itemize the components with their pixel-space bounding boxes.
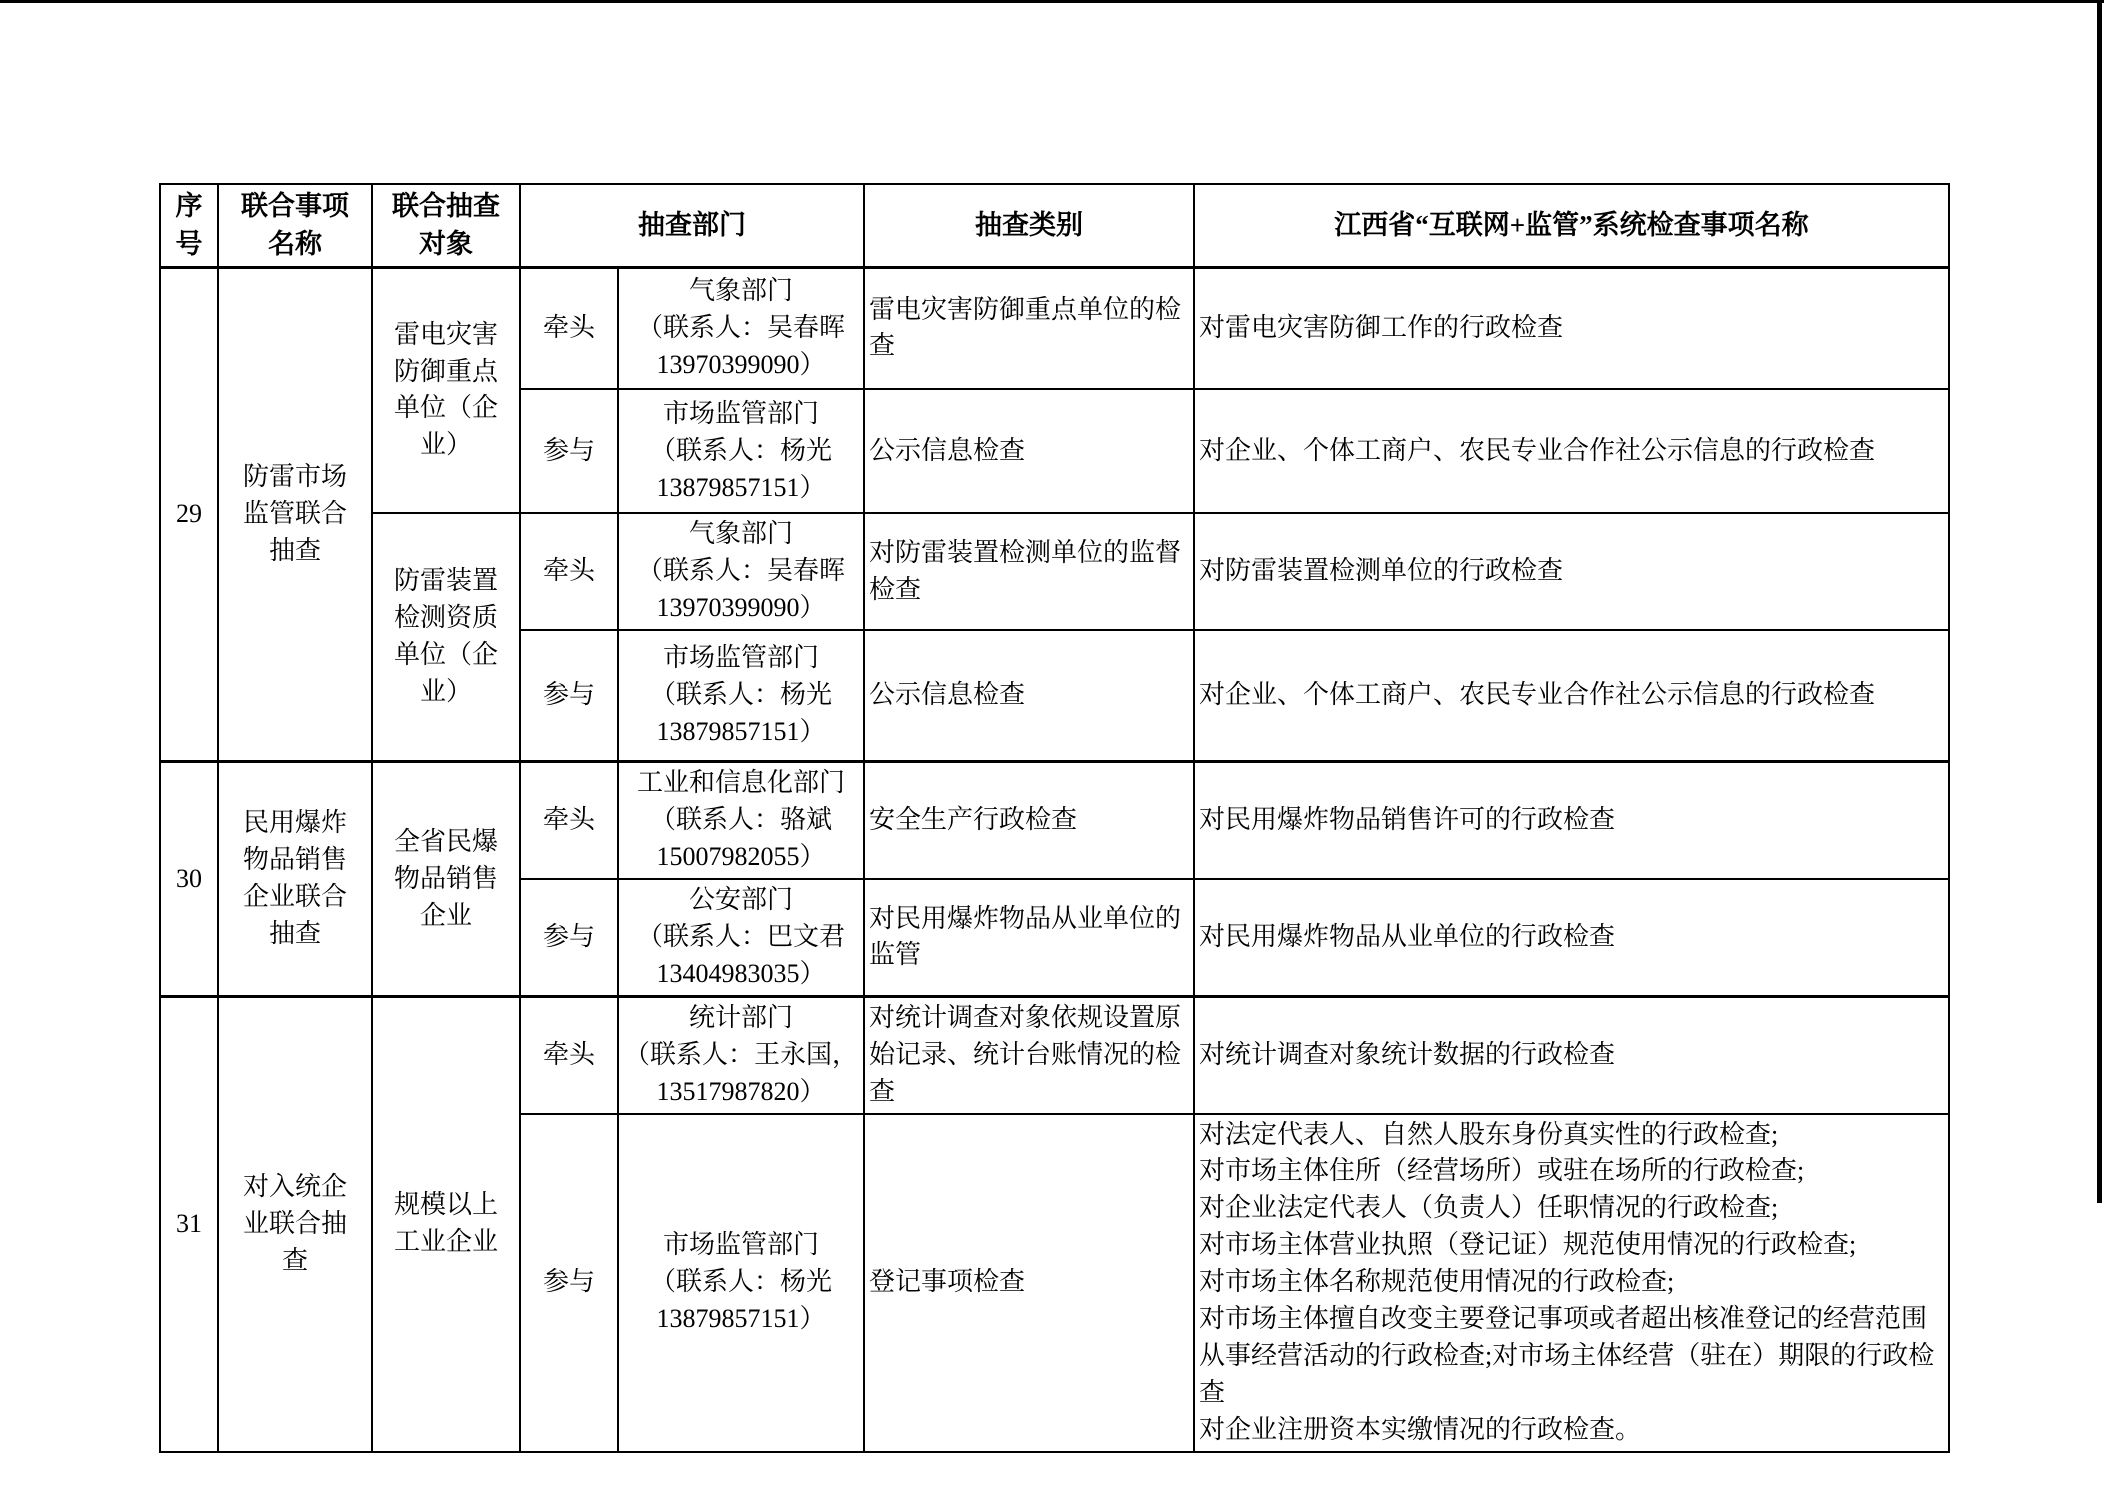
row31-matter-text: 对入统企业联合抽查 (240, 1169, 351, 1280)
row29-entry3-department: 气象部门 （联系人：吴春晖 13970399090） (618, 513, 864, 630)
item-line: 对企业法定代表人（负责人）任职情况的行政检查; (1199, 1190, 1944, 1227)
row29-index: 29 (160, 267, 218, 762)
header-index-label: 序号 (173, 187, 205, 264)
row30-target-1-text: 全省民爆物品销售企业 (391, 824, 502, 935)
department-contact: （联系人：吴春晖 (623, 310, 859, 347)
row31-entry1-department: 统计部门 （联系人：王永国， 13517987820） (618, 996, 864, 1113)
row31-entry1-role: 牵头 (520, 996, 618, 1113)
row30-entry2-category: 对民用爆炸物品从业单位的监管 (864, 879, 1194, 996)
item-line: 对市场主体住所（经营场所）或驻在场所的行政检查; (1199, 1153, 1944, 1190)
department-phone: 13879857151） (623, 714, 859, 751)
row29-entry4-role: 参与 (520, 630, 618, 762)
department-contact: （联系人：骆斌 (623, 802, 859, 839)
row30-matter-text: 民用爆炸物品销售企业联合抽查 (240, 805, 351, 953)
department-phone: 13970399090） (623, 590, 859, 627)
item-line: 对企业注册资本实缴情况的行政检查。 (1199, 1412, 1944, 1449)
row30-matter: 民用爆炸物品销售企业联合抽查 (218, 762, 372, 996)
department-name: 市场监管部门 (623, 1227, 859, 1264)
item-line: 对市场主体名称规范使用情况的行政检查; (1199, 1264, 1944, 1301)
department-phone: 13879857151） (623, 470, 859, 507)
department-name: 工业和信息化部门 (623, 765, 859, 802)
row29-entry3-role: 牵头 (520, 513, 618, 630)
row31-target-1: 规模以上工业企业 (372, 996, 520, 1451)
department-contact: （联系人：杨光 (623, 677, 859, 714)
row30-entry1-category: 安全生产行政检查 (864, 762, 1194, 879)
department-name: 气象部门 (623, 516, 859, 553)
row31-target-1-text: 规模以上工业企业 (391, 1187, 502, 1261)
header-matter-label: 联合事项名称 (238, 187, 353, 264)
table-row: 31 对入统企业联合抽查 规模以上工业企业 牵头 统计部门 （联系人：王永国， … (160, 996, 1949, 1113)
row29-entry4-item: 对企业、个体工商户、农民专业合作社公示信息的行政检查 (1194, 630, 1949, 762)
department-contact: （联系人：王永国， (623, 1037, 859, 1074)
header-item-name: 江西省“互联网+监管”系统检查事项名称 (1194, 184, 1949, 267)
department-name: 市场监管部门 (623, 640, 859, 677)
header-target: 联合抽查对象 (372, 184, 520, 267)
table-row: 30 民用爆炸物品销售企业联合抽查 全省民爆物品销售企业 牵头 工业和信息化部门… (160, 762, 1949, 879)
row29-entry3-category: 对防雷装置检测单位的监督检查 (864, 513, 1194, 630)
row30-index: 30 (160, 762, 218, 996)
row31-entry1-category: 对统计调查对象依规设置原始记录、统计台账情况的检查 (864, 996, 1194, 1113)
row29-entry2-item: 对企业、个体工商户、农民专业合作社公示信息的行政检查 (1194, 389, 1949, 513)
table-row: 29 防雷市场监管联合抽查 雷电灾害防御重点单位（企业） 牵头 气象部门 （联系… (160, 267, 1949, 389)
row31-matter: 对入统企业联合抽查 (218, 996, 372, 1451)
item-line: 对市场主体擅自改变主要登记事项或者超出核准登记的经营范围从事经营活动的行政检查;… (1199, 1301, 1944, 1412)
department-contact: （联系人：吴春晖 (623, 553, 859, 590)
header-category: 抽查类别 (864, 184, 1194, 267)
row30-entry2-department: 公安部门 （联系人：巴文君 13404983035） (618, 879, 864, 996)
row31-index: 31 (160, 996, 218, 1451)
row29-entry2-role: 参与 (520, 389, 618, 513)
row30-entry1-role: 牵头 (520, 762, 618, 879)
item-line: 对法定代表人、自然人股东身份真实性的行政检查; (1199, 1117, 1944, 1154)
scan-edge-top (0, 0, 2104, 3)
row29-entry2-category: 公示信息检查 (864, 389, 1194, 513)
row31-entry1-item: 对统计调查对象统计数据的行政检查 (1194, 996, 1949, 1113)
header-index: 序号 (160, 184, 218, 267)
row29-entry4-department: 市场监管部门 （联系人：杨光 13879857151） (618, 630, 864, 762)
row29-target-1-text: 雷电灾害防御重点单位（企业） (391, 317, 502, 465)
header-matter: 联合事项名称 (218, 184, 372, 267)
row29-entry1-category: 雷电灾害防御重点单位的检查 (864, 267, 1194, 389)
row30-target-1: 全省民爆物品销售企业 (372, 762, 520, 996)
row29-entry1-department: 气象部门 （联系人：吴春晖 13970399090） (618, 267, 864, 389)
department-name: 公安部门 (623, 882, 859, 919)
row29-entry1-item: 对雷电灾害防御工作的行政检查 (1194, 267, 1949, 389)
department-phone: 13517987820） (623, 1074, 859, 1111)
row29-entry4-category: 公示信息检查 (864, 630, 1194, 762)
row30-entry2-item: 对民用爆炸物品从业单位的行政检查 (1194, 879, 1949, 996)
row31-entry2-department: 市场监管部门 （联系人：杨光 13879857151） (618, 1114, 864, 1452)
table-row: 防雷装置检测资质单位（企业） 牵头 气象部门 （联系人：吴春晖 13970399… (160, 513, 1949, 630)
row29-entry1-role: 牵头 (520, 267, 618, 389)
row31-entry2-category: 登记事项检查 (864, 1114, 1194, 1452)
scan-edge-right (2097, 0, 2102, 1203)
inspection-items-table: 序号 联合事项名称 联合抽查对象 抽查部门 抽查类别 江西省“互联网+监管”系统… (159, 183, 1950, 1453)
department-name: 气象部门 (623, 273, 859, 310)
row29-matter-text: 防雷市场监管联合抽查 (240, 459, 351, 570)
item-line: 对市场主体营业执照（登记证）规范使用情况的行政检查; (1199, 1227, 1944, 1264)
row29-target-2: 防雷装置检测资质单位（企业） (372, 513, 520, 762)
department-contact: （联系人：巴文君 (623, 919, 859, 956)
header-department: 抽查部门 (520, 184, 864, 267)
department-phone: 13970399090） (623, 347, 859, 384)
row29-entry2-department: 市场监管部门 （联系人：杨光 13879857151） (618, 389, 864, 513)
department-contact: （联系人：杨光 (623, 433, 859, 470)
row29-target-2-text: 防雷装置检测资质单位（企业） (391, 563, 502, 711)
department-phone: 13879857151） (623, 1301, 859, 1338)
department-phone: 15007982055） (623, 839, 859, 876)
row30-entry1-department: 工业和信息化部门 （联系人：骆斌 15007982055） (618, 762, 864, 879)
row31-entry2-role: 参与 (520, 1114, 618, 1452)
row29-target-1: 雷电灾害防御重点单位（企业） (372, 267, 520, 513)
header-row: 序号 联合事项名称 联合抽查对象 抽查部门 抽查类别 江西省“互联网+监管”系统… (160, 184, 1949, 267)
header-target-label: 联合抽查对象 (389, 187, 504, 264)
department-phone: 13404983035） (623, 956, 859, 993)
department-name: 统计部门 (623, 1000, 859, 1037)
row29-matter: 防雷市场监管联合抽查 (218, 267, 372, 762)
department-contact: （联系人：杨光 (623, 1264, 859, 1301)
row31-entry2-item: 对法定代表人、自然人股东身份真实性的行政检查; 对市场主体住所（经营场所）或驻在… (1194, 1114, 1949, 1452)
row29-entry3-item: 对防雷装置检测单位的行政检查 (1194, 513, 1949, 630)
row30-entry2-role: 参与 (520, 879, 618, 996)
row30-entry1-item: 对民用爆炸物品销售许可的行政检查 (1194, 762, 1949, 879)
department-name: 市场监管部门 (623, 396, 859, 433)
